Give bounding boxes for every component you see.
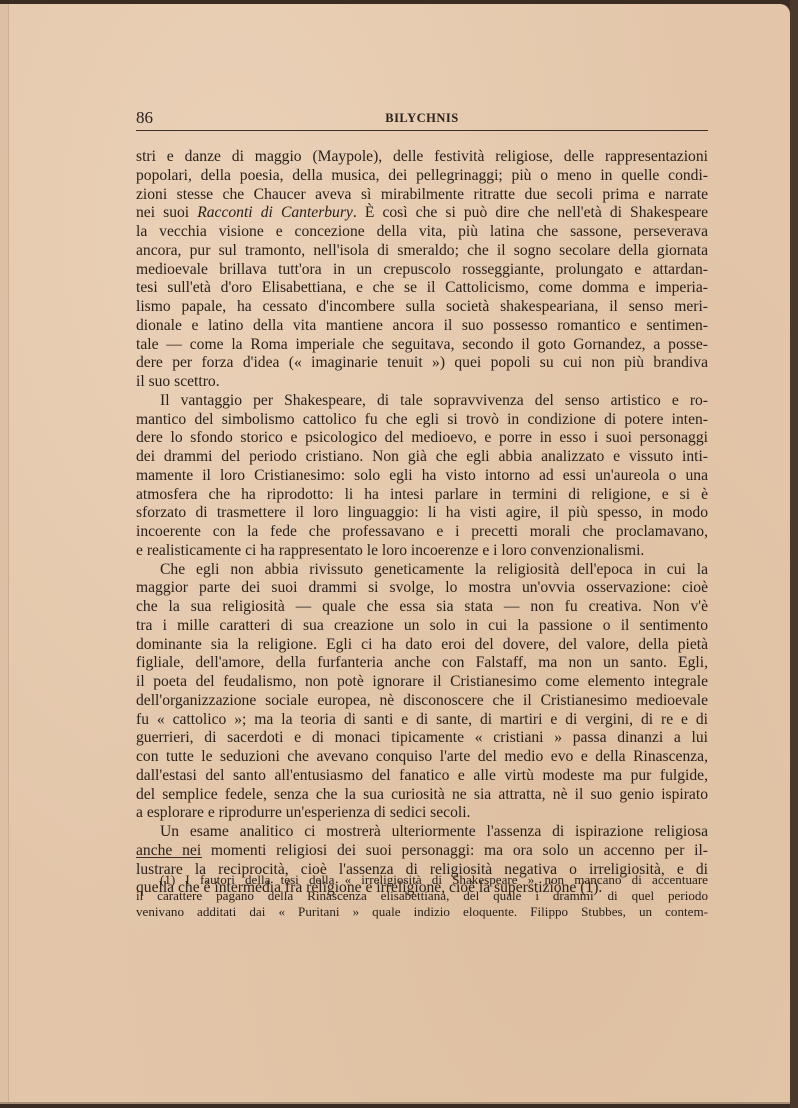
text-line: stri e danze di maggio (Maypole), delle … [136,148,708,167]
text-line: dell'organizzazione sociale europea, nè … [136,692,708,711]
text-line: popolari, della poesia, della musica, de… [136,167,708,186]
text-line: figliale, dell'amore, della furfanteria … [136,654,708,673]
text-line: il poeta del feudalismo, non potè ignora… [136,673,708,692]
text-line: incoerente con la fede che professavano … [136,523,708,542]
text-line: lismo papale, ha cessato d'incombere sul… [136,298,708,317]
text-line: Che egli non abbia rivissuto geneticamen… [136,561,708,580]
text-line: e realisticamente ci ha rappresentato le… [136,542,708,561]
text-line: a esplorare e riprodurre un'esperienza d… [136,804,708,823]
text-line: tesi sull'età d'oro Elisabettiana, e che… [136,279,708,298]
text-line: fu « cattolico »; ma la teoria di santi … [136,711,708,730]
text-line: guerrieri, di sacerdoti e di monaci tipi… [136,729,708,748]
text-line: medioevale brillava tutt'ora in un crepu… [136,261,708,280]
text-line: Un esame analitico ci mostrerà ulteriorm… [136,823,708,842]
page-bottom-edge [0,1102,790,1104]
text-line: tra i mille caratteri di sua creazione u… [136,617,708,636]
text-line: che la sua religiosità — quale che essa … [136,598,708,617]
text-line: dei drammi del periodo cristiano. Non gi… [136,448,708,467]
text-line: zioni stesse che Chaucer aveva sì mirabi… [136,186,708,205]
footnote-rule [136,857,202,858]
text-line: tale — come la Roma imperiale che seguit… [136,336,708,355]
body-text: stri e danze di maggio (Maypole), delle … [136,148,708,898]
book-edge-right [790,0,798,1108]
text-line: del semplice fedele, senza che la sua cu… [136,786,708,805]
page-edge-left [0,4,9,1104]
text-line: ancora, pur sul tramonto, nell'isola di … [136,242,708,261]
footnote-line: il carattere pagano della Rinascenza eli… [136,888,708,904]
text-line: nei suoi Racconti di Canterbury. È così … [136,204,708,223]
text-line: Il vantaggio per Shakespeare, di tale so… [136,392,708,411]
text-line: con tutte le seduzioni che avevano conqu… [136,748,708,767]
text-line: atmosfera che ha riprodotto: li ha intes… [136,486,708,505]
text-line: dominante sia la religione. Egli ci ha d… [136,636,708,655]
text-line: sforzato di trasmettere il loro linguagg… [136,504,708,523]
footnote: (1) I fautori della tesi della « irrelig… [136,872,708,919]
text-line: mamente il loro Cristianesimo: solo egli… [136,467,708,486]
text-line: il suo scettro. [136,373,708,392]
text-line: maggior parte dei suoi drammi si svolge,… [136,579,708,598]
footnote-line: venivano additati dai « Puritani » quale… [136,904,708,920]
running-head: 86 BILYCHNIS [136,108,708,132]
text-line: dere per forza d'idea (« imaginarie tenu… [136,354,708,373]
text-line: dere lo sfondo storico e psicologico del… [136,429,708,448]
text-line: dall'estasi del santo all'entusiasmo del… [136,767,708,786]
journal-title: BILYCHNIS [136,111,708,126]
text-line: dionale e latino della vita mantiene anc… [136,317,708,336]
footnote-line: (1) I fautori della tesi della « irrelig… [136,872,708,888]
text-line: la vecchia visione e concezione della vi… [136,223,708,242]
header-rule [136,130,708,131]
text-line: anche nei momenti religiosi dei suoi per… [136,842,708,861]
text-line: mantico del simbolismo cattolico fu che … [136,411,708,430]
